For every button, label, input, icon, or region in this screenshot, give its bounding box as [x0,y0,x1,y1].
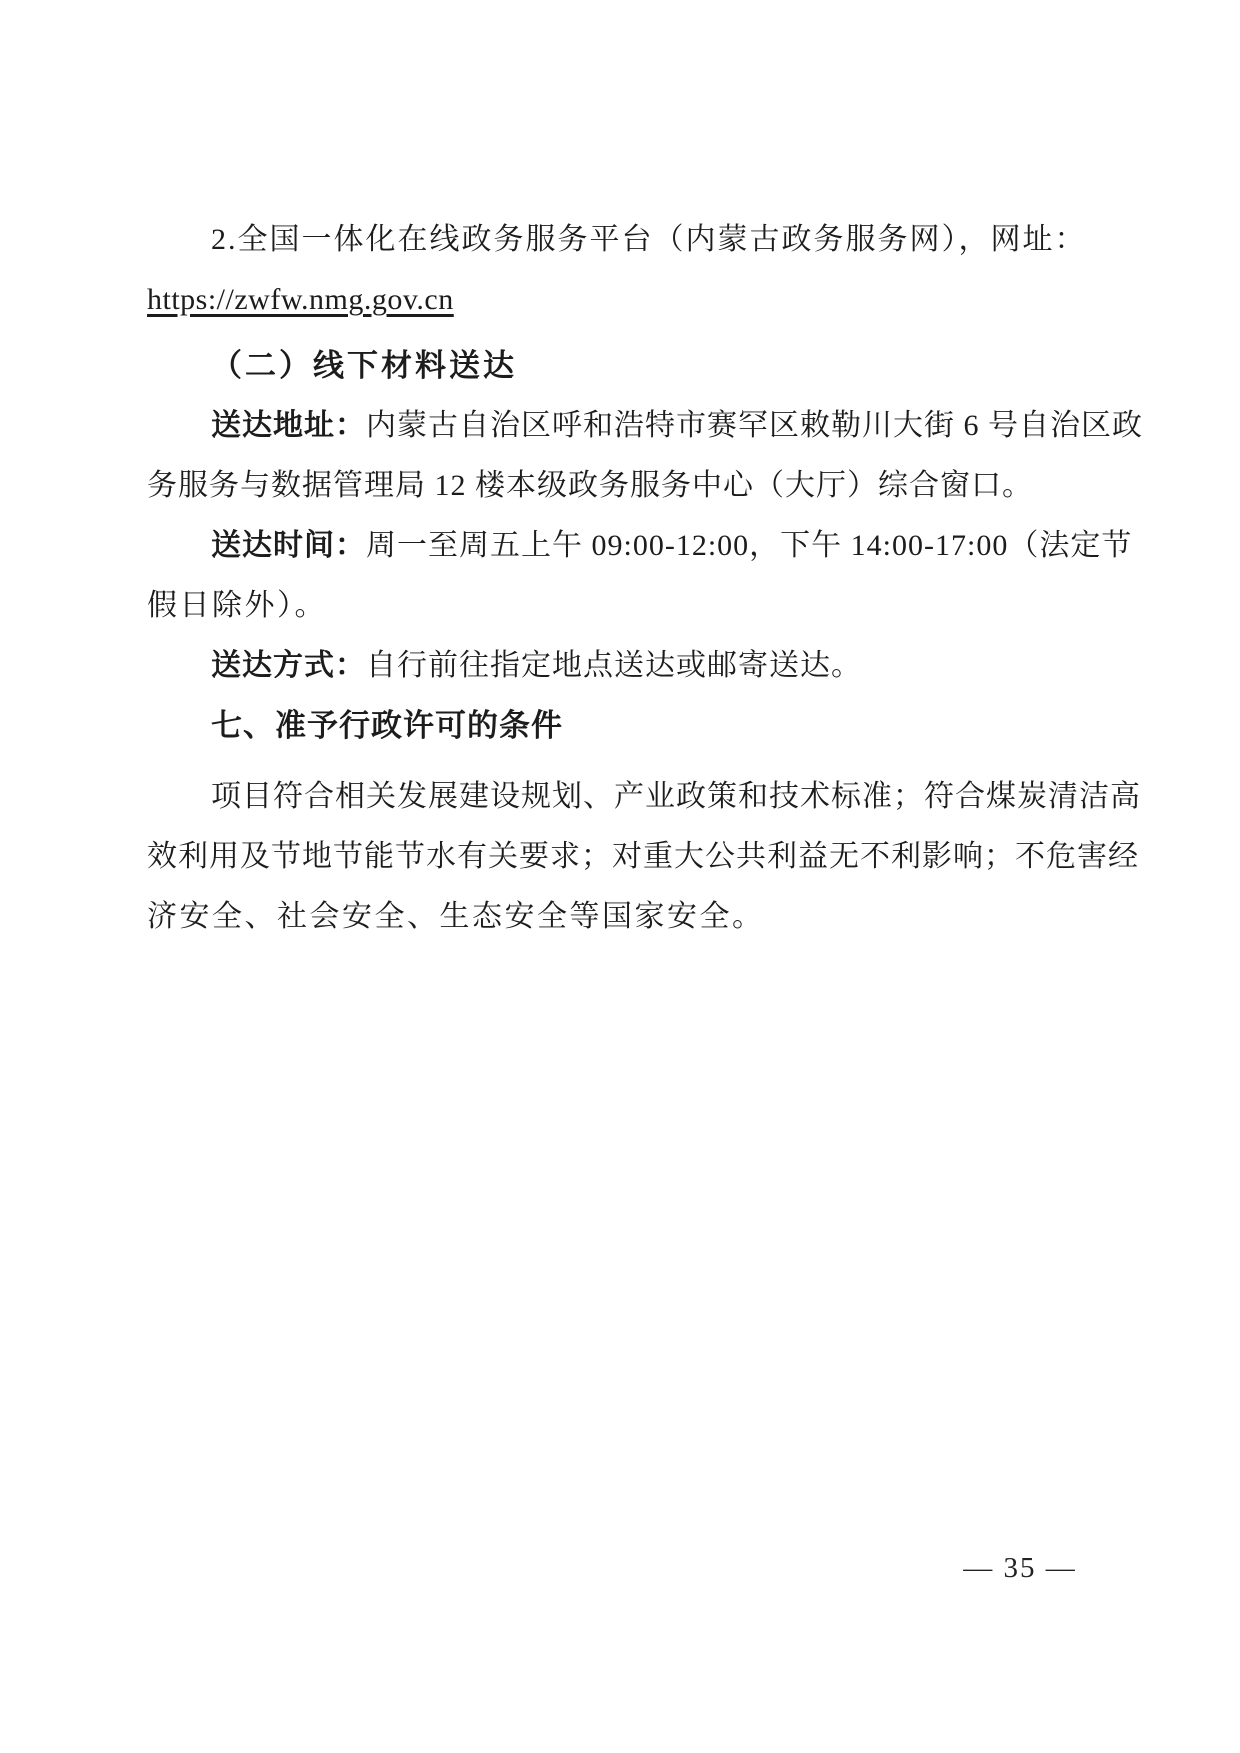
section-heading-offline-delivery: （二）线下材料送达 [147,336,1102,396]
paragraph-delivery-time-line1: 送达时间：周一至周五上午 09:00-12:00，下午 14:00-17:00（… [147,516,1102,576]
delivery-method-label: 送达方式： [211,649,366,682]
section-heading-permit-conditions: 七、准予行政许可的条件 [147,696,1102,756]
paragraph-conditions-line1: 项目符合相关发展建设规划、产业政策和技术标准；符合煤炭清洁高 [147,767,1102,827]
paragraph-online-platform-line1: 2.全国一体化在线政务服务平台（内蒙古政务服务网），网址： [147,210,1102,270]
online-platform-url-link[interactable]: https://zwfw.nmg.gov.cn [147,283,454,316]
paragraph-delivery-address-line1: 送达地址：内蒙古自治区呼和浩特市赛罕区敕勒川大街 6 号自治区政 [147,396,1102,456]
delivery-method-text: 自行前往指定地点送达或邮寄送达。 [366,649,862,682]
document-page: 2.全国一体化在线政务服务平台（内蒙古政务服务网），网址： https://zw… [0,0,1240,1753]
paragraph-delivery-address-line2: 务服务与数据管理局 12 楼本级政务服务中心（大厅）综合窗口。 [147,456,1102,516]
paragraph-online-platform-url-line: https://zwfw.nmg.gov.cn [147,270,1102,330]
document-body: 2.全国一体化在线政务服务平台（内蒙古政务服务网），网址： https://zw… [147,210,1102,947]
paragraph-conditions-line3: 济安全、社会安全、生态安全等国家安全。 [147,887,1102,947]
paragraph-delivery-method: 送达方式：自行前往指定地点送达或邮寄送达。 [147,636,1102,696]
delivery-time-label: 送达时间： [211,529,366,562]
paragraph-conditions-line2: 效利用及节地节能节水有关要求；对重大公共利益无不利影响；不危害经 [147,827,1102,887]
delivery-address-text-line1: 内蒙古自治区呼和浩特市赛罕区敕勒川大街 6 号自治区政 [366,409,1143,442]
delivery-address-label: 送达地址： [211,409,366,442]
paragraph-delivery-time-line2: 假日除外）。 [147,576,1102,636]
delivery-time-text-line1: 周一至周五上午 09:00-12:00，下午 14:00-17:00（法定节 [366,529,1132,562]
page-number: — 35 — [940,1548,1100,1588]
